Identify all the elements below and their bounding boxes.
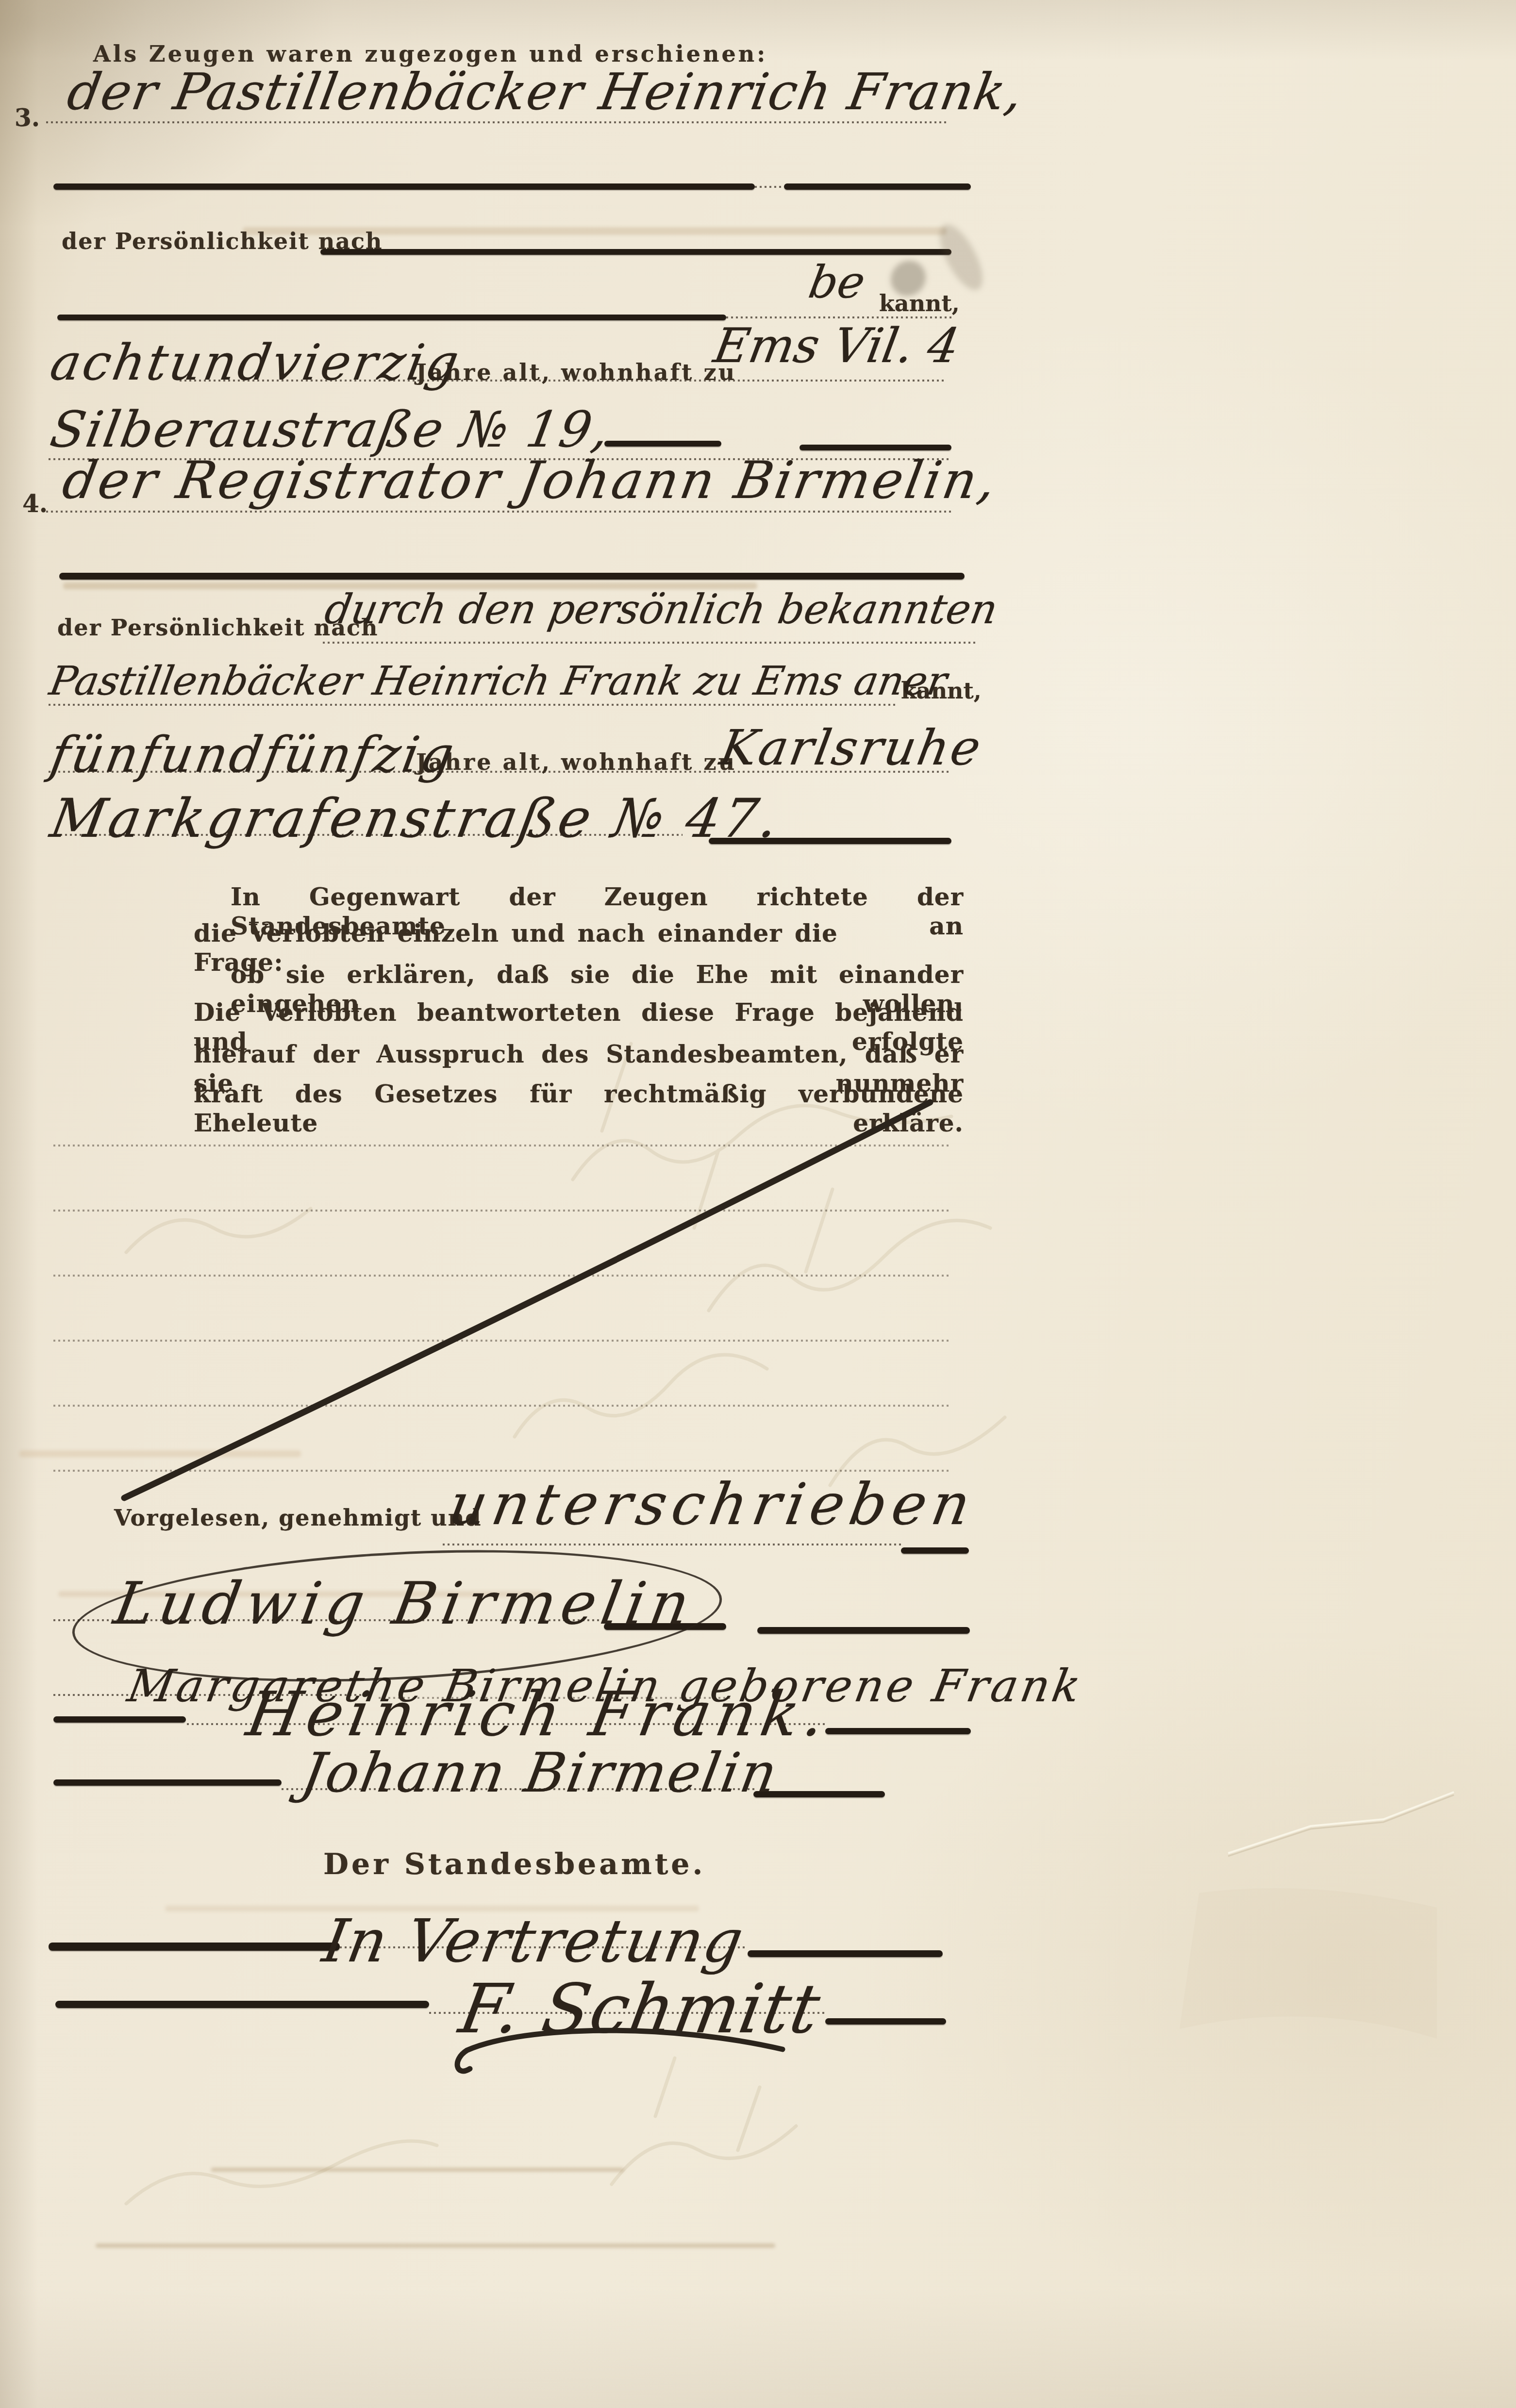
ruled-line [604,441,721,447]
bleedthrough-streak [211,2168,624,2172]
witness3-number: 3. [15,103,40,132]
dotted-line [53,1340,951,1342]
witness4-identified-handwritten-2: Pastillenbäcker Heinrich Frank zu Ems an… [46,658,950,704]
ruled-line [59,573,965,580]
ruled-line [784,183,971,190]
ruled-line [825,2018,946,2025]
witness3-known-prefix-handwritten: be [805,256,869,308]
witness3-known-suffix-printed: kannt, [879,290,960,316]
witness4-identified-handwritten-1: durch den persönlich bekannten [321,585,1001,633]
witness3-personality-label: der Persönlichkeit nach [62,228,383,254]
ink-smudge [931,218,991,297]
witness4-name-handwritten: der Registrator Johann Birmelin, [58,450,1003,510]
dotted-line [755,186,784,188]
witness3-residence-handwritten: Ems Vil. 4 [710,318,963,374]
dotted-line [46,511,951,513]
dotted-line [53,1275,951,1277]
signature-heinrich-frank: Heinrich Frank. [242,1678,836,1750]
closing-printed: Vorgelesen, genehmigt und [114,1505,482,1531]
witness3-age-handwritten: achtundvierzig [46,334,465,392]
ruled-line [57,315,726,320]
signature-johann-birmelin: Johann Birmelin [297,1742,783,1805]
witness4-age-handwritten: fünfundfünfzig [46,726,460,784]
dotted-line [53,1145,951,1146]
ruled-line [49,1943,340,1951]
witness4-residence-handwritten: Karlsruhe [716,719,987,776]
ruled-line [748,1950,943,1957]
ruled-line [901,1547,969,1554]
cancellation-stroke [124,1102,930,1498]
ruled-line [825,1728,971,1734]
ruled-line [53,1779,282,1786]
declaration-line-6: kraft des Gesetzes für rechtmäßig verbun… [194,1079,964,1138]
deputy-note-handwritten: In Vertretung [318,1907,749,1976]
bleedthrough-streak [96,2243,775,2248]
dotted-line [46,121,949,123]
witness4-street-handwritten: Markgrafenstraße № 47. [46,787,786,849]
dotted-line [53,1210,951,1212]
registrar-signature-handwritten: F. Schmitt [454,1970,827,2049]
ruled-line [55,2001,429,2008]
witness3-name-handwritten: der Pastillenbäcker Heinrich Frank, [63,62,1028,121]
ruled-line [53,1716,186,1723]
dotted-line [53,1405,951,1407]
ruled-line [757,1627,970,1634]
dotted-line [323,642,978,644]
bleedthrough-streak [19,1450,301,1457]
ruled-line [800,445,951,450]
closing-handwritten: unterschrieben [444,1471,981,1538]
witness3-age-label-printed: Jahre alt, wohnhaft zu [416,359,736,385]
civil-registry-marriage-record-page: Als Zeugen waren zugezogen und erschiene… [0,0,1516,2408]
registrar-title: Der Standesbeamte. [323,1847,705,1881]
witness4-number: 4. [22,489,48,518]
dotted-line [443,1544,901,1545]
ruled-line [320,249,951,255]
witness4-age-label-printed: Jahre alt, wohnhaft zu [416,749,736,775]
ruled-line [53,183,755,190]
